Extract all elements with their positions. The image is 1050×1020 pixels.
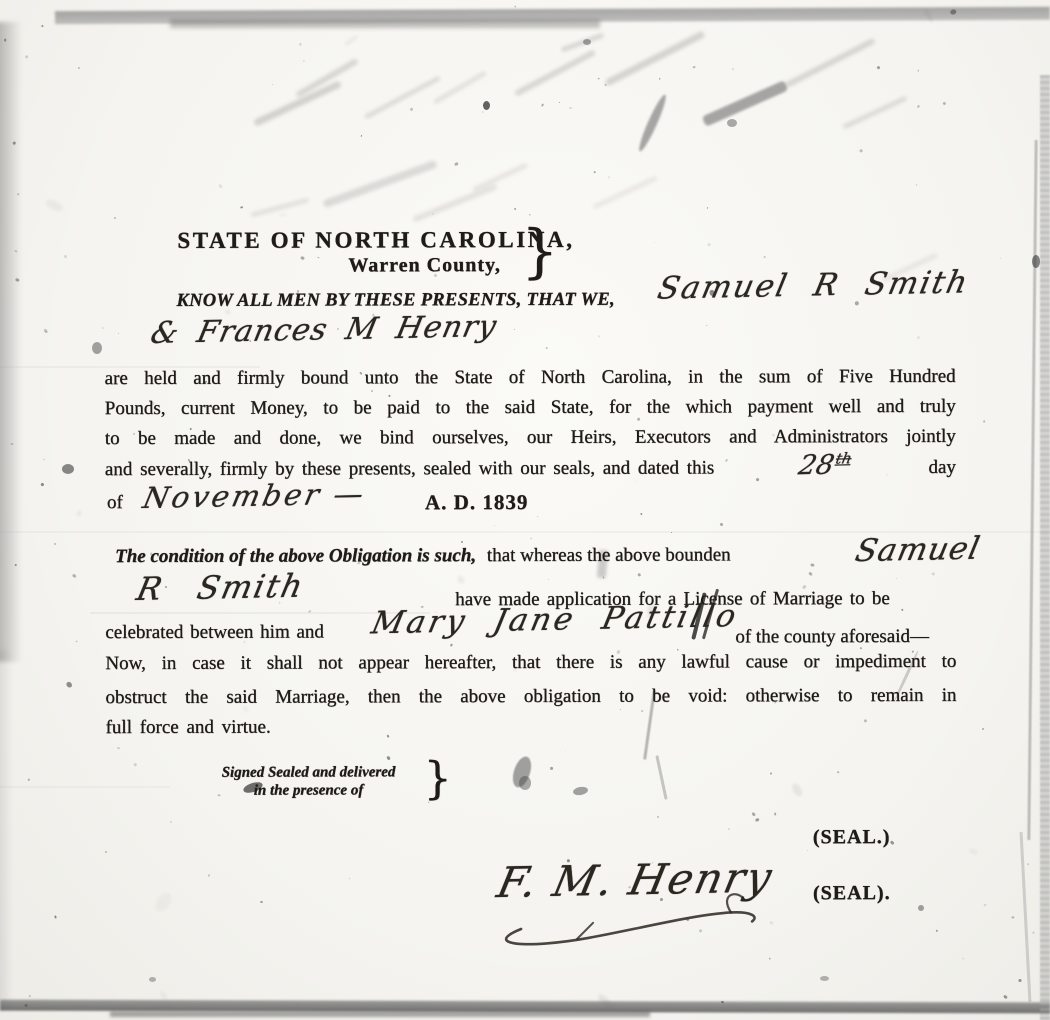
opening-clause: KNOW ALL MEN BY THESE PRESENTS, THAT WE, [176, 290, 615, 312]
handwritten-principal-name: Samuel R Smith [654, 264, 972, 306]
seal-text-2: (SEAL). [813, 882, 891, 905]
handwritten-groom-rest: R Smith [133, 567, 308, 608]
obligation-line-1: are held and firmly bound unto the State… [105, 366, 956, 390]
seal-text-1: (SEAL.) [813, 826, 891, 849]
condition-line-5: obstruct the said Marriage, then the abo… [105, 685, 956, 709]
condition-line-6: full force and virtue. [106, 717, 271, 739]
day-number: 28 [796, 450, 837, 482]
handwritten-groom-first: Samuel [852, 531, 983, 569]
condition-line-3-start: celebrated between him and [105, 622, 324, 645]
signature-flourish [469, 892, 799, 951]
header-brace: } [521, 222, 558, 280]
handwritten-bride-name: Mary Jane Pattillo [368, 598, 742, 641]
anno-domini-date: A. D. 1839 [425, 490, 528, 515]
scanned-marriage-bond-page: STATE OF NORTH CAROLINA, Warren County, … [0, 0, 1050, 1020]
condition-line-4: Now, in case it shall not appear hereaft… [105, 651, 956, 675]
witness-brace: } [424, 757, 452, 801]
handwritten-day: 28th [796, 449, 854, 481]
document-content: STATE OF NORTH CAROLINA, Warren County, … [0, 0, 1050, 1020]
county-heading: Warren County, [348, 254, 501, 277]
witness-line-1: Signed Sealed and delivered [222, 764, 396, 781]
day-suffix: th [834, 449, 853, 467]
state-heading: STATE OF NORTH CAROLINA, [177, 227, 574, 254]
of-word: of [107, 492, 123, 514]
condition-intro: The condition of the above Obligation is… [115, 545, 476, 567]
handwritten-month: November — [140, 477, 370, 515]
handwritten-surety-name: & Frances M Henry [148, 309, 501, 351]
witness-line-2: in the presence of [254, 782, 364, 799]
condition-line-1-rest: that whereas the above bounden [487, 544, 731, 566]
condition-line-3-end: of the county aforesaid— [735, 626, 929, 649]
obligation-line-2: Pounds, current Money, to be paid to the… [105, 396, 956, 420]
day-word: day [928, 457, 955, 479]
obligation-line-4-text: and severally, firmly by these presents,… [105, 458, 714, 482]
obligation-line-3: to be made and done, we bind ourselves, … [105, 426, 956, 450]
condition-line-1: The condition of the above Obligation is… [115, 544, 731, 568]
